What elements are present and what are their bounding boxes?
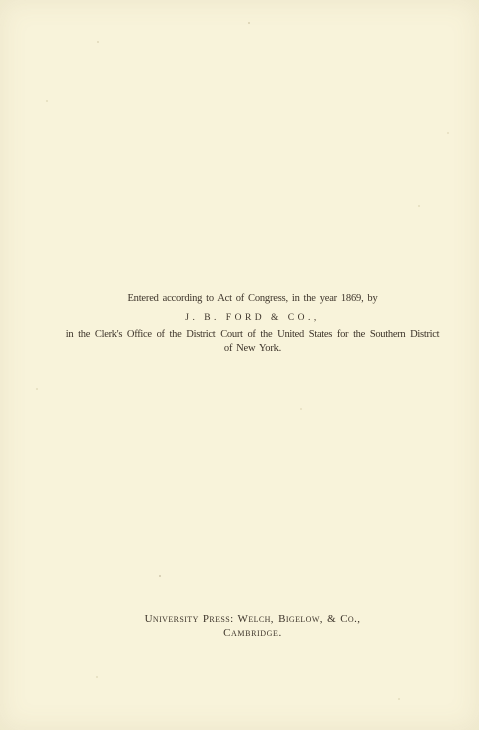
copyright-entered-line: Entered according to Act of Congress, in… <box>13 293 479 305</box>
paper-specks <box>0 0 2 2</box>
copyright-new-york-line: of New York. <box>13 343 479 355</box>
printer-imprint-city-line: Cambridge. <box>13 627 479 640</box>
copyright-clerks-office-line: in the Clerk's Office of the District Co… <box>13 329 479 341</box>
copyright-notice: Entered according to Act of Congress, in… <box>13 293 479 355</box>
printer-imprint: University Press: Welch, Bigelow, & Co.,… <box>13 613 479 640</box>
printer-imprint-press-line: University Press: Welch, Bigelow, & Co., <box>13 613 479 626</box>
copyright-publisher-name: J. B. FORD & CO., <box>13 312 479 324</box>
